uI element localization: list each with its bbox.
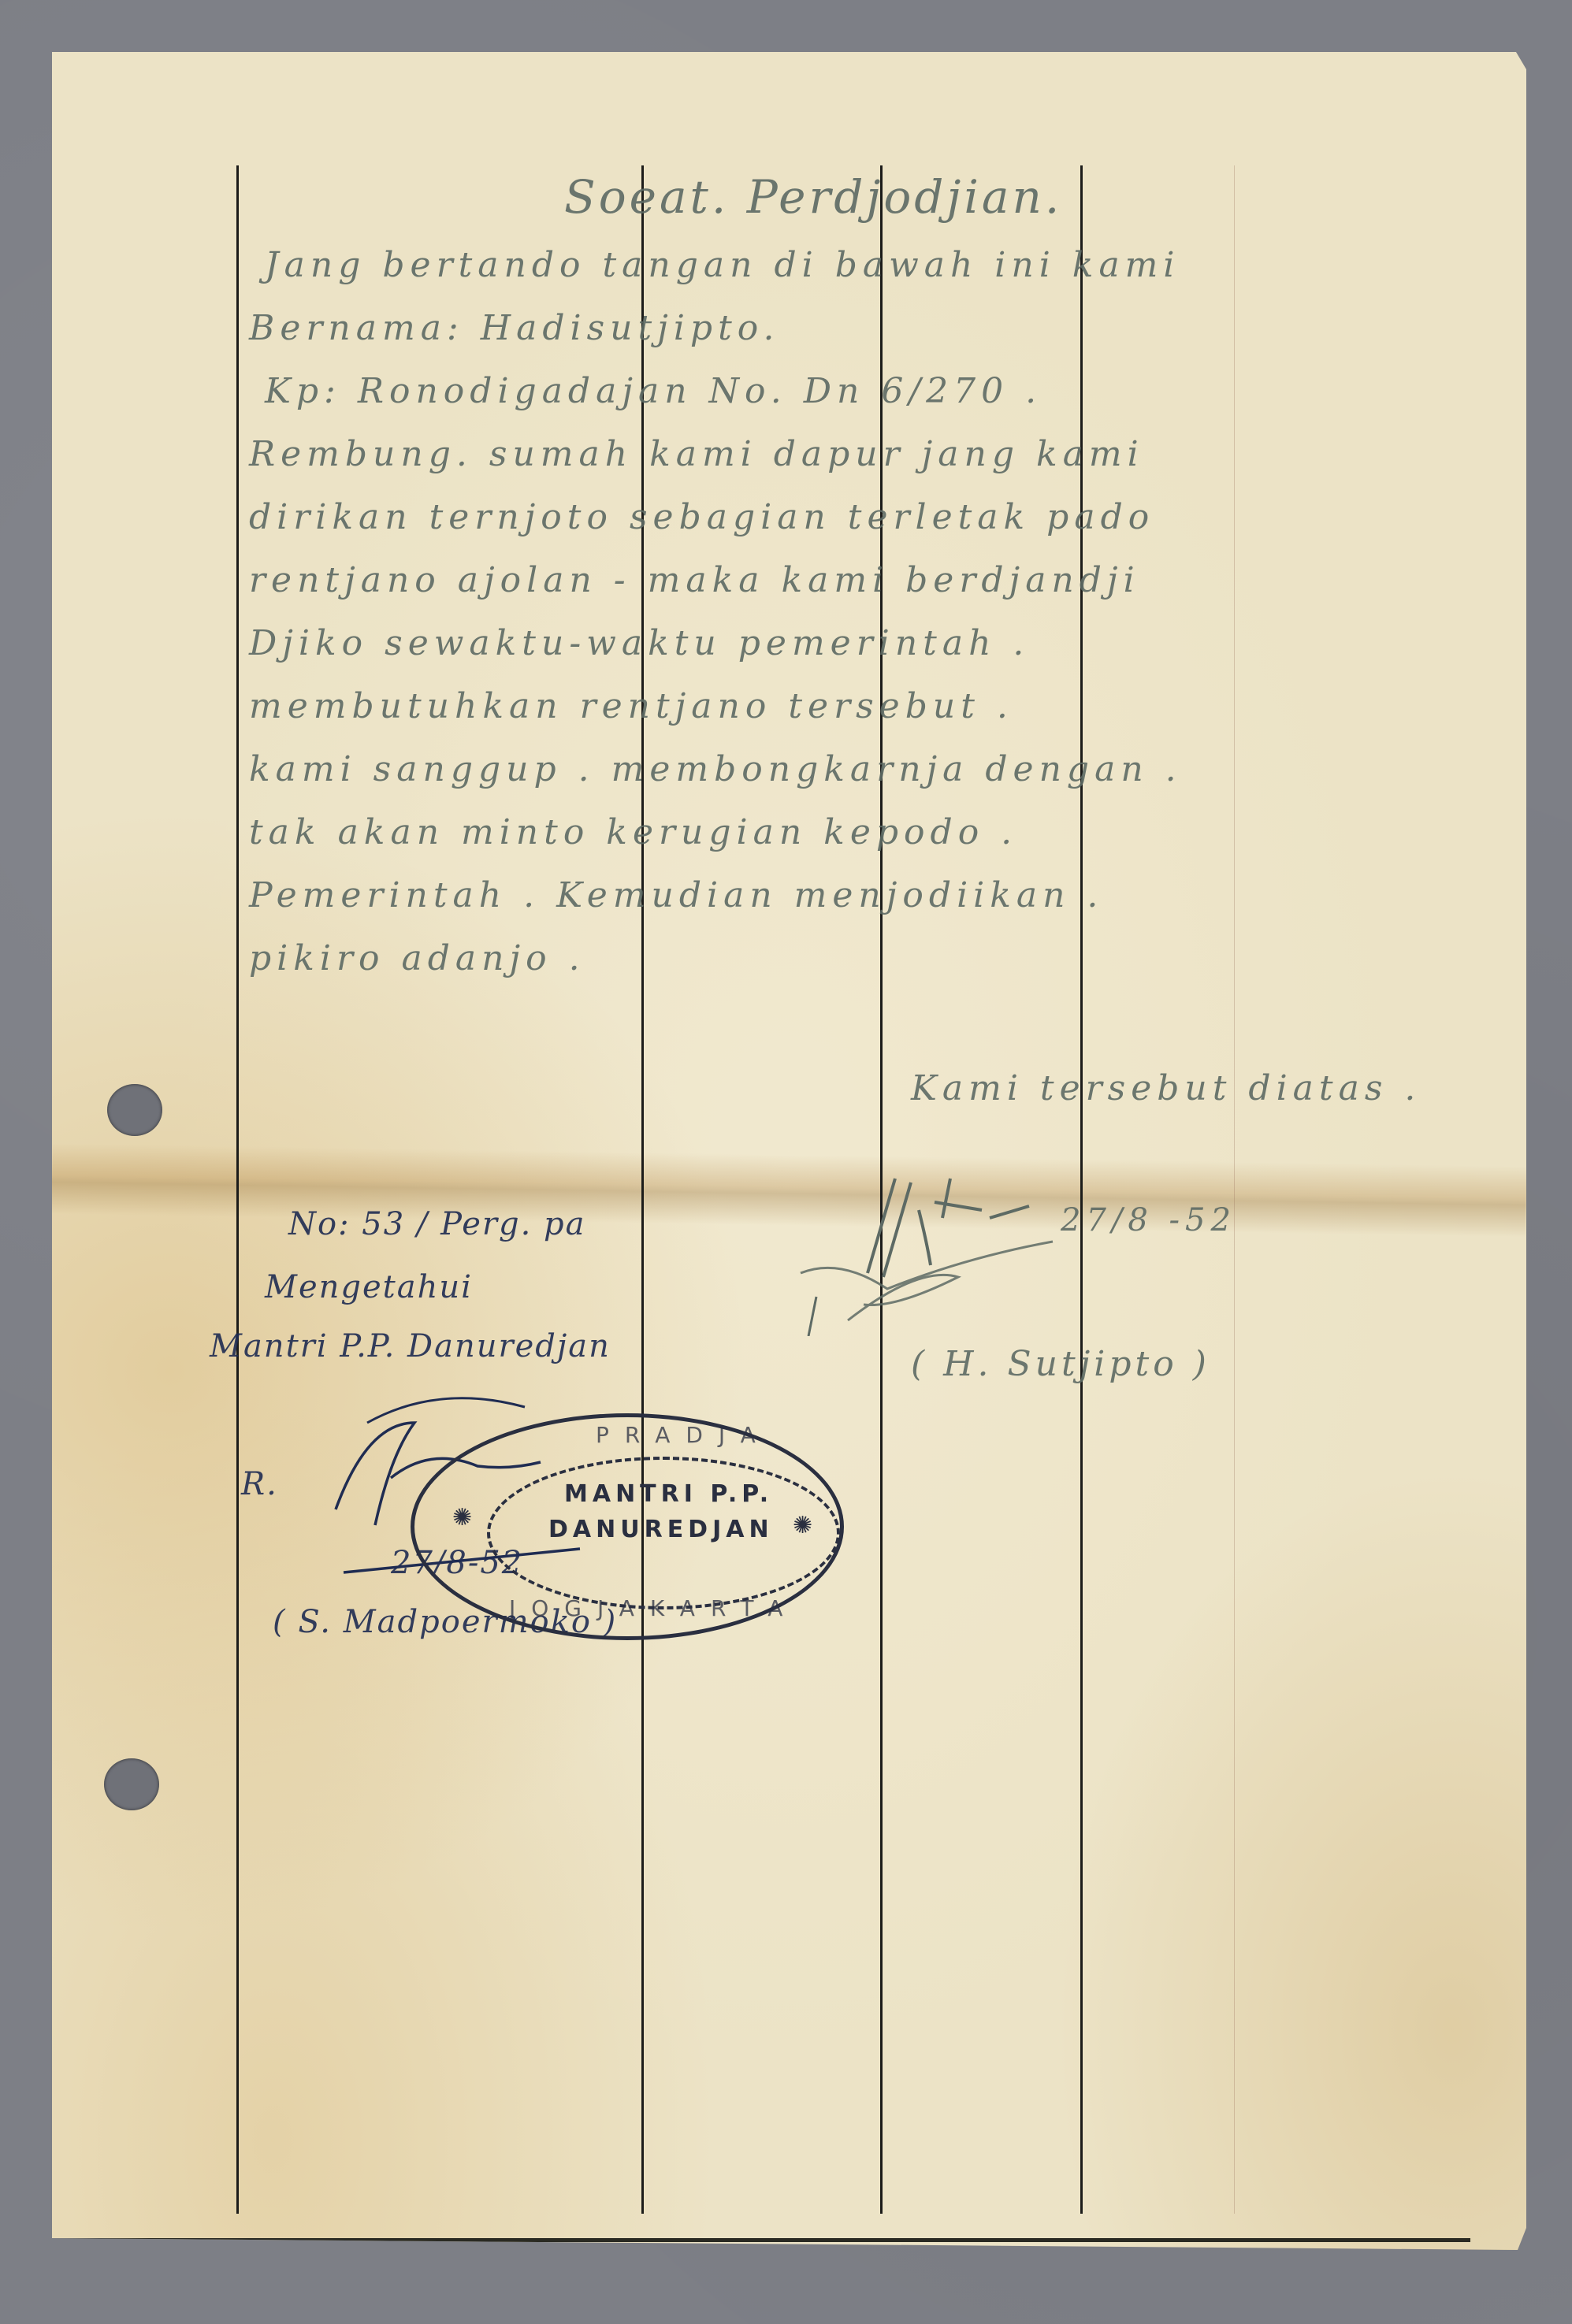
body-line-12: pikiro adanjo . [249,938,585,978]
official-acknowledged: Mengetahui [265,1269,473,1305]
faint-column-rule [1234,165,1235,2214]
body-line-3: Kp: Ronodigadajan No. Dn 6/270 . [265,371,1042,411]
body-line-11: Pemerintah . Kemudian menjodiikan . [249,875,1103,915]
bottom-rule [52,2238,1470,2242]
body-line-8: membutuhkan rentjano tersebut . [249,686,1013,726]
signature-date: 27/8 -52 [1061,1202,1236,1238]
body-line-2: Bernama: Hadisutjipto. [249,308,779,348]
stamp-star-left-icon: ✺ [452,1504,472,1531]
body-line-10: tak akan minto kerugian kepodo . [249,812,1017,852]
body-line-6: rentjano ajolan - maka kami berdjandji [249,560,1140,600]
body-line-1: Jang bertando tangan di bawah ini kami [265,245,1180,285]
body-line-7: Djiko sewaktu-waktu pemerintah . [249,623,1029,663]
stamp-star-right-icon: ✺ [793,1512,812,1539]
stamp-text-line2: DANUREDJAN [548,1516,774,1543]
official-title: Mantri P.P. Danuredjan [210,1328,611,1364]
official-number: No: 53 / Perg. pa [288,1206,585,1242]
closing-text: Kami tersebut diatas . [911,1068,1421,1108]
document-page: Soeat. Perdjodjian. Jang bertando tangan… [52,52,1526,2250]
signatory-name: ( H. Sutjipto ) [911,1344,1210,1384]
stamp-ring-top: PRADJA [596,1422,771,1448]
document-title: Soeat. Perdjodjian. [564,170,1062,224]
column-rule-1 [236,165,239,2214]
signature-mark [793,1147,1234,1336]
body-line-4: Rembung. sumah kami dapur jang kami [249,434,1144,474]
stamp-ring-bottom: JOGJAKARTA [509,1595,798,1621]
official-initial: R. [241,1466,278,1502]
stamp-text-line1: MANTRI P.P. [564,1480,773,1508]
punch-hole-bottom [104,1758,159,1810]
body-line-5: dirikan ternjoto sebagian terletak pado [249,497,1154,537]
body-line-9: kami sanggup . membongkarnja dengan . [249,749,1182,789]
official-stamp: MANTRI P.P. DANUREDJAN PRADJA JOGJAKARTA… [411,1413,844,1640]
punch-hole-top [107,1084,162,1136]
